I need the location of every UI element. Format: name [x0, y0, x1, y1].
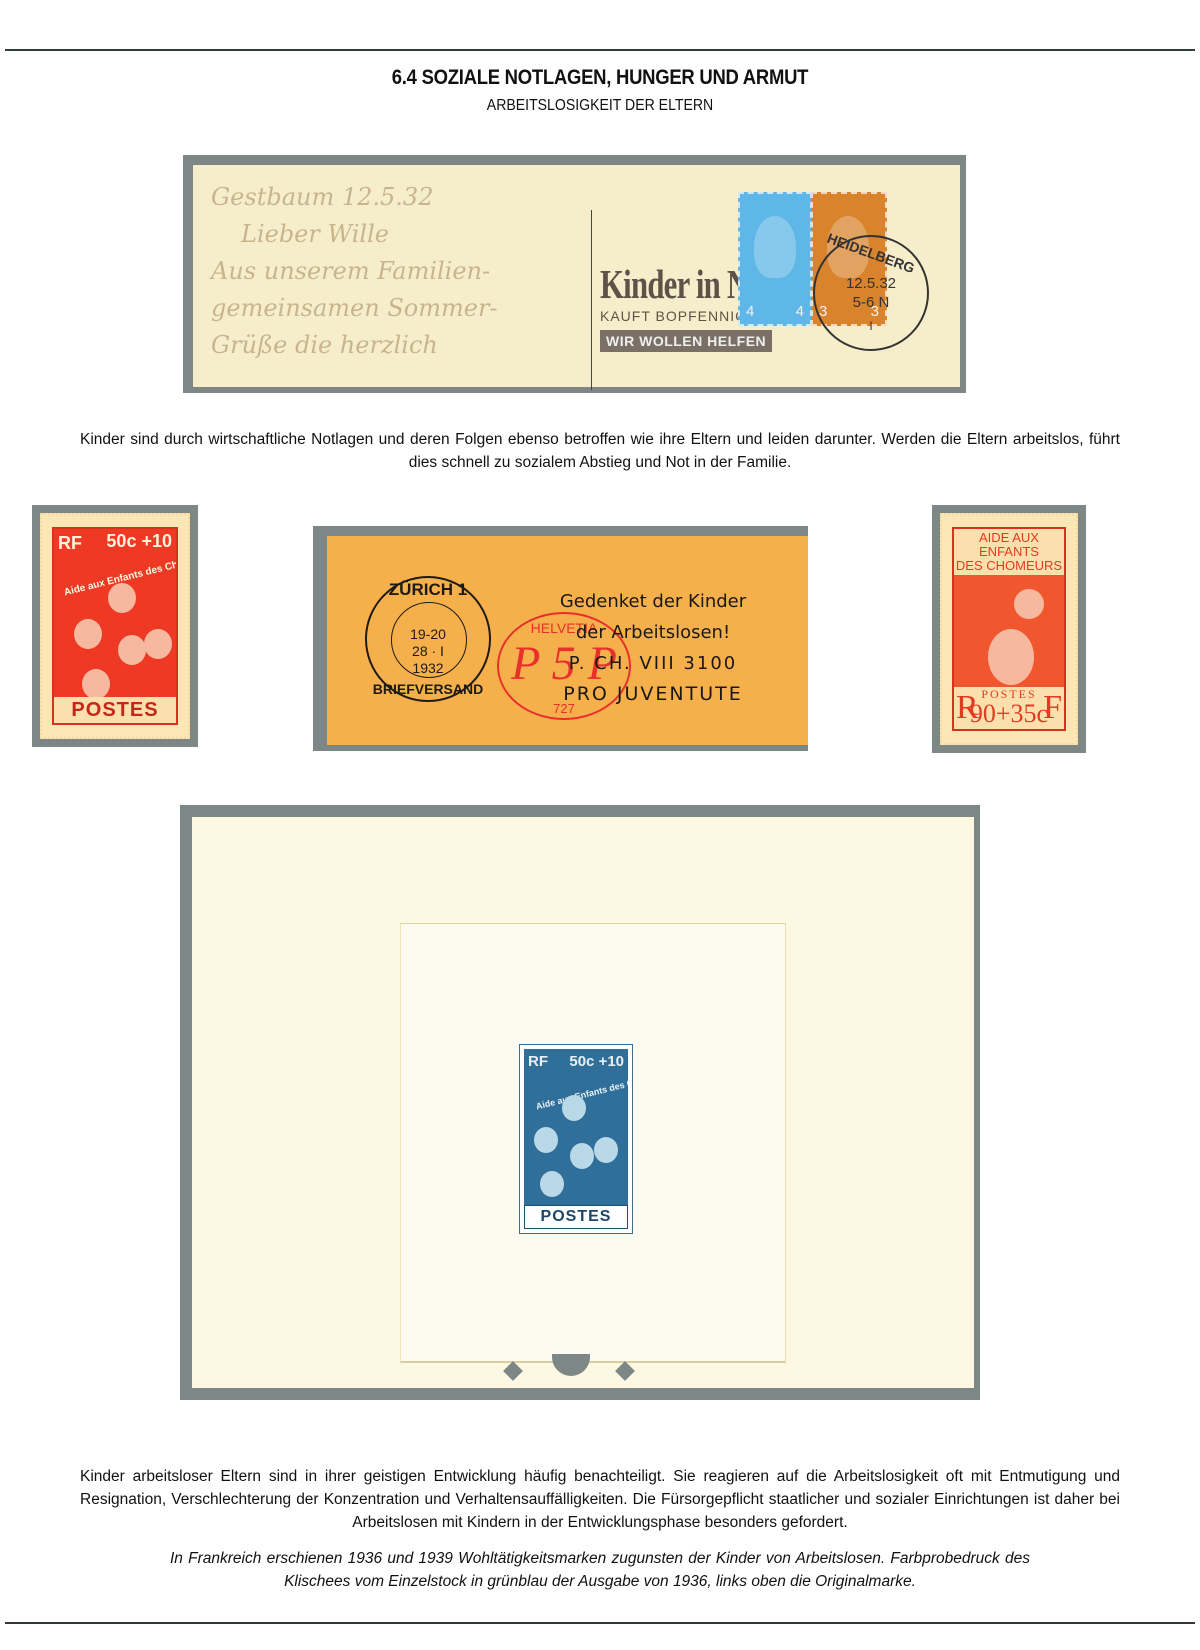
- mount-notches: [492, 1360, 652, 1384]
- handwritten-message: Gestbaum 12.5.32 Lieber Wille Aus unsere…: [211, 179, 571, 364]
- bottom-rule: [5, 1622, 1195, 1624]
- stamp-1939: AIDE AUX ENFANTS DES CHOMEURS R POSTES 9…: [940, 513, 1078, 745]
- stamp-design: AIDE AUX ENFANTS DES CHOMEURS R POSTES 9…: [952, 527, 1066, 731]
- postmark-heidelberg: HEIDELBERG 12.5.32 5-6 N I: [813, 235, 929, 351]
- page-title: 6.4 SOZIALE NOTLAGEN, HUNGER UND ARMUT: [72, 66, 1128, 90]
- stamp-1936: RF 50c +10 Aide aux Enfants des Chômeurs…: [40, 513, 190, 739]
- caption-paragraph: In Frankreich erschienen 1936 und 1939 W…: [170, 1547, 1030, 1593]
- stamp-hindenburg-4pf: 4 4: [738, 192, 812, 326]
- pro-juventute-imprint: Gedenket der Kinder der Arbeitslosen! P.…: [523, 586, 783, 710]
- die-proof-card: RF 50c +10 Aide aux Enfants des Chômeurs…: [192, 817, 974, 1388]
- zurich-cover-mount: ZÜRICH 1 19-20 28 · I 1932 BRIEFVERSAND …: [313, 526, 808, 751]
- page-subtitle: ARBEITSLOSIGKEIT DER ELTERN: [72, 97, 1128, 115]
- postmark-zurich: ZÜRICH 1 19-20 28 · I 1932 BRIEFVERSAND: [365, 576, 491, 702]
- stamp-design: RF 50c +10 Aide aux Enfants des Chômeurs…: [52, 527, 178, 725]
- postcard-mount: Gestbaum 12.5.32 Lieber Wille Aus unsere…: [183, 155, 966, 393]
- zurich-cover-fragment: ZÜRICH 1 19-20 28 · I 1932 BRIEFVERSAND …: [327, 536, 808, 745]
- body-paragraph: Kinder arbeitsloser Eltern sind in ihrer…: [80, 1465, 1120, 1534]
- address-divider: [591, 210, 592, 390]
- stamp-1939-mount: AIDE AUX ENFANTS DES CHOMEURS R POSTES 9…: [932, 505, 1086, 753]
- children-illustration: [68, 579, 162, 685]
- postcard-fragment: Gestbaum 12.5.32 Lieber Wille Aus unsere…: [193, 165, 960, 387]
- mother-child-illustration: [968, 579, 1050, 691]
- intro-paragraph: Kinder sind durch wirtschaftliche Notlag…: [80, 428, 1120, 474]
- top-rule: [5, 49, 1195, 51]
- die-proof-mount: RF 50c +10 Aide aux Enfants des Chômeurs…: [180, 805, 980, 1400]
- proof-stamp-greenblue: RF 50c +10 Aide aux Enfants des Chômeurs…: [519, 1044, 633, 1234]
- stamp-1936-mount: RF 50c +10 Aide aux Enfants des Chômeurs…: [32, 505, 198, 747]
- portrait-image: [754, 216, 796, 278]
